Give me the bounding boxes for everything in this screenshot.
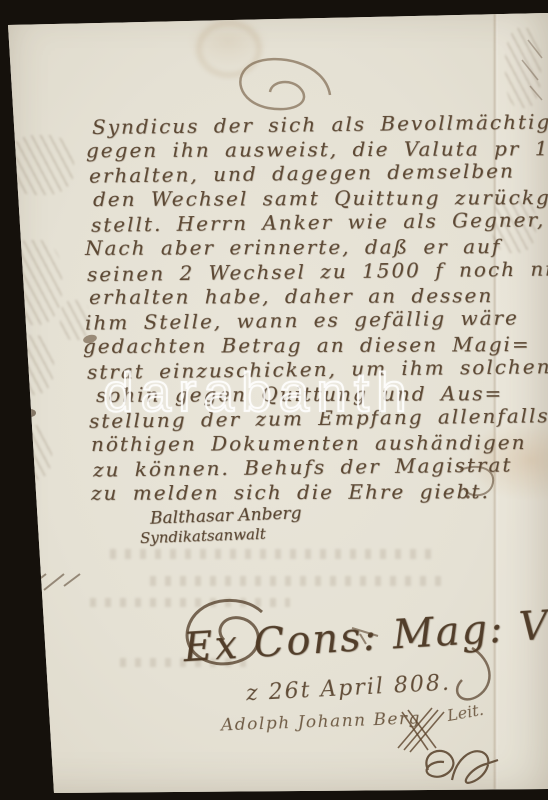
manuscript-page: Syndicus der sich als Bevollmächtigter g… — [0, 0, 548, 800]
manuscript-line: gedachten Betrag an diesen Magi= — [83, 333, 531, 357]
countersignature-suffix: Leit. — [446, 700, 485, 725]
trailing-swash — [457, 648, 489, 699]
closing-signature-name: Balthasar Anberg — [150, 503, 302, 528]
manuscript-line: Nach aber erinnerte, daß er auf — [85, 235, 501, 259]
manuscript-line: erhalten, und dagegen demselben — [89, 159, 515, 186]
manuscript-line: strat einzuschicken, um ihm solchen — [87, 355, 548, 383]
manuscript-line: zu melden sich die Ehre giebt. — [91, 480, 490, 504]
paraph-flourish — [426, 751, 498, 783]
closing-signature-title: Syndikatsanwalt — [140, 525, 266, 547]
manuscript-line: nöthigen Dokumenten aushändigen — [91, 431, 527, 455]
manuscript-line: stellt. Herrn Anker wie als Gegner, — [91, 208, 545, 236]
bleedthrough-mark — [10, 425, 52, 480]
countersignature-name: Adolph Johann Berg — [221, 709, 422, 736]
bleedthrough-mark — [6, 335, 54, 395]
bleedthrough-mark — [4, 240, 62, 325]
faded-seal-mark — [196, 20, 262, 78]
manuscript-line: ihm Stelle, wann es gefällig wäre — [85, 306, 519, 333]
manuscript-line: erhalten habe, daher an dessen — [89, 284, 493, 308]
bleedthrough-row — [110, 549, 440, 559]
photo-background: Syndicus der sich als Bevollmächtigter g… — [0, 0, 548, 800]
manuscript-line: Syndicus der sich als Bevollmächtigter — [92, 110, 548, 138]
manuscript-line: den Wechsel samt Quittung zurückge — [93, 186, 548, 210]
issue-date-line: z 26t April 808. — [245, 671, 451, 707]
ink-blot — [24, 409, 36, 417]
manuscript-line: sohin gegen Quittung und Aus= — [96, 382, 503, 406]
manuscript-line: gegen ihn ausweist, die Valuta pr 1500 f… — [86, 137, 548, 161]
bleedthrough-mark — [505, 28, 541, 108]
dash-cluster — [28, 574, 80, 590]
bleedthrough-row — [150, 576, 450, 586]
bleedthrough-mark — [8, 135, 74, 195]
manuscript-line: seinen 2 Wechsel zu 1500 f noch nichts — [87, 257, 548, 285]
bleedthrough-row — [90, 598, 290, 607]
manuscript-line: stellung der zum Empfang allenfalls — [89, 404, 548, 432]
ink-blot — [1, 388, 31, 412]
manuscript-line: zu können. Behufs der Magistrat — [93, 453, 513, 480]
